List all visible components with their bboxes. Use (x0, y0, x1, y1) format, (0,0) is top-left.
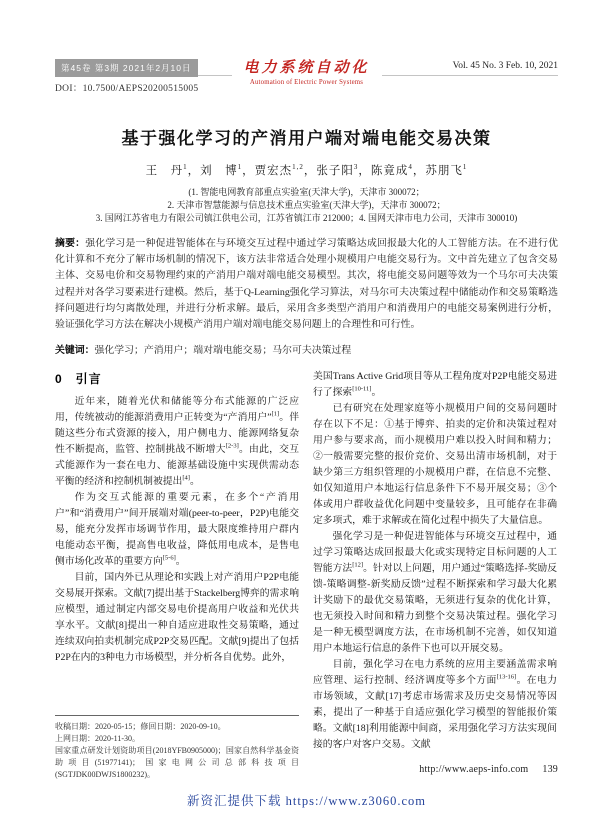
author-name: 王 丹1 (146, 165, 188, 177)
download-watermark: 新资汇提供下载 https://www.z3060.com (0, 791, 613, 809)
body-paragraph: 近年来，随着光伏和储能等分布式能源的广泛应用，传统被动的能源消费用户正转变为“产… (55, 394, 299, 490)
abstract-text: 强化学习是一种促进智能体在与环境交互过程中通过学习策略达成回报最大化的人工智能方… (55, 238, 558, 330)
author-name: 苏朋飞1 (425, 165, 467, 177)
affiliation-line: 3. 国网江苏省电力有限公司镇江供电公司，江苏省镇江市 212000；4. 国网… (55, 212, 558, 225)
body-paragraph: 目前，强化学习在电力系统的应用主要涵盖需求响应管理、运行控制、经济调度等多个方面… (313, 657, 557, 753)
issue-badge: 第45卷 第3期 2021年2月10日 (55, 59, 198, 77)
abstract-block: 摘要：强化学习是一种促进智能体在与环境交互过程中通过学习策略达成回报最大化的人工… (55, 236, 558, 333)
section-heading-introduction: 0 引言 (55, 371, 299, 387)
footnote-line: 国家重点研发计划资助项目(2018YFB0905000)；国家自然科学基金资助项… (55, 745, 299, 781)
body-paragraph: 作为交互式能源的重要元素，在多个“产消用户”和“消费用户”间开展端对端(peer… (55, 490, 299, 570)
body-paragraph: 目前，国内外已从理论和实践上对产消用户P2P电能交易展开探索。文献[7]提出基于… (55, 570, 299, 666)
author-name: 陈竟成4 (371, 165, 413, 177)
footer-url: http://www.aeps-info.com (419, 764, 528, 775)
journal-logo: 电力系统自动化 Automation of Electric Power Sys… (231, 56, 381, 86)
column-left: 0 引言 近年来，随着光伏和储能等分布式能源的广泛应用，传统被动的能源消费用户正… (55, 369, 299, 781)
keywords-label: 关键词： (55, 345, 95, 356)
doi-text: DOI：10.7500/AEPS20200515005 (55, 80, 198, 94)
author-name: 张子阳3 (316, 165, 358, 177)
journal-name-cn: 电力系统自动化 (243, 56, 369, 77)
footnote-block: 收稿日期：2020-05-15；修回日期：2020-09-10。 上网日期：20… (55, 715, 299, 781)
footnote-line: 上网日期：2020-11-30。 (55, 733, 299, 745)
footnote-line: 收稿日期：2020-05-15；修回日期：2020-09-10。 (55, 721, 299, 733)
journal-name-en: Automation of Electric Power Systems (243, 79, 369, 86)
journal-page: 第45卷 第3期 2021年2月10日 DOI：10.7500/AEPS2020… (0, 0, 613, 781)
affiliations: (1. 智能电网教育部重点实验室(天津大学)，天津市 300072； 2. 天津… (55, 186, 558, 225)
volume-info: Vol. 45 No. 3 Feb. 10, 2021 (453, 61, 558, 71)
author-name: 刘 博1 (200, 165, 242, 177)
page-number: 139 (542, 764, 558, 775)
authors-line: 王 丹1，刘 博1，贾宏杰1,2，张子阳3，陈竟成4，苏朋飞1 (55, 162, 558, 178)
body-paragraph: 强化学习是一种促进智能体与环境交互过程中，通过学习策略达成回报最大化或实现特定目… (313, 529, 557, 657)
column-right: 美国Trans Active Grid项目等从工程角度对P2P电能交易进行了探索… (313, 369, 557, 781)
body-paragraph: 已有研究在处理家庭等小规模用户间的交易问题时存在以下不足：①基于博弈、拍卖的定价… (313, 401, 557, 529)
affiliation-line: (1. 智能电网教育部重点实验室(天津大学)，天津市 300072； (55, 186, 558, 199)
keywords-block: 关键词：强化学习；产消用户；端对端电能交易；马尔可夫决策过程 (55, 343, 558, 359)
footer-line: http://www.aeps-info.com139 (419, 764, 558, 775)
article-title: 基于强化学习的产消用户端对端电能交易决策 (55, 124, 558, 149)
abstract-label: 摘要： (55, 238, 85, 249)
journal-header: 第45卷 第3期 2021年2月10日 DOI：10.7500/AEPS2020… (55, 54, 558, 98)
affiliation-line: 2. 天津市智慧能源与信息技术重点实验室(天津大学)，天津市 300072； (55, 199, 558, 212)
keywords-text: 强化学习；产消用户；端对端电能交易；马尔可夫决策过程 (95, 345, 352, 356)
two-column-body: 0 引言 近年来，随着光伏和储能等分布式能源的广泛应用，传统被动的能源消费用户正… (55, 369, 558, 781)
author-name: 贾宏杰1,2 (255, 165, 304, 177)
body-paragraph: 美国Trans Active Grid项目等从工程角度对P2P电能交易进行了探索… (313, 369, 557, 401)
